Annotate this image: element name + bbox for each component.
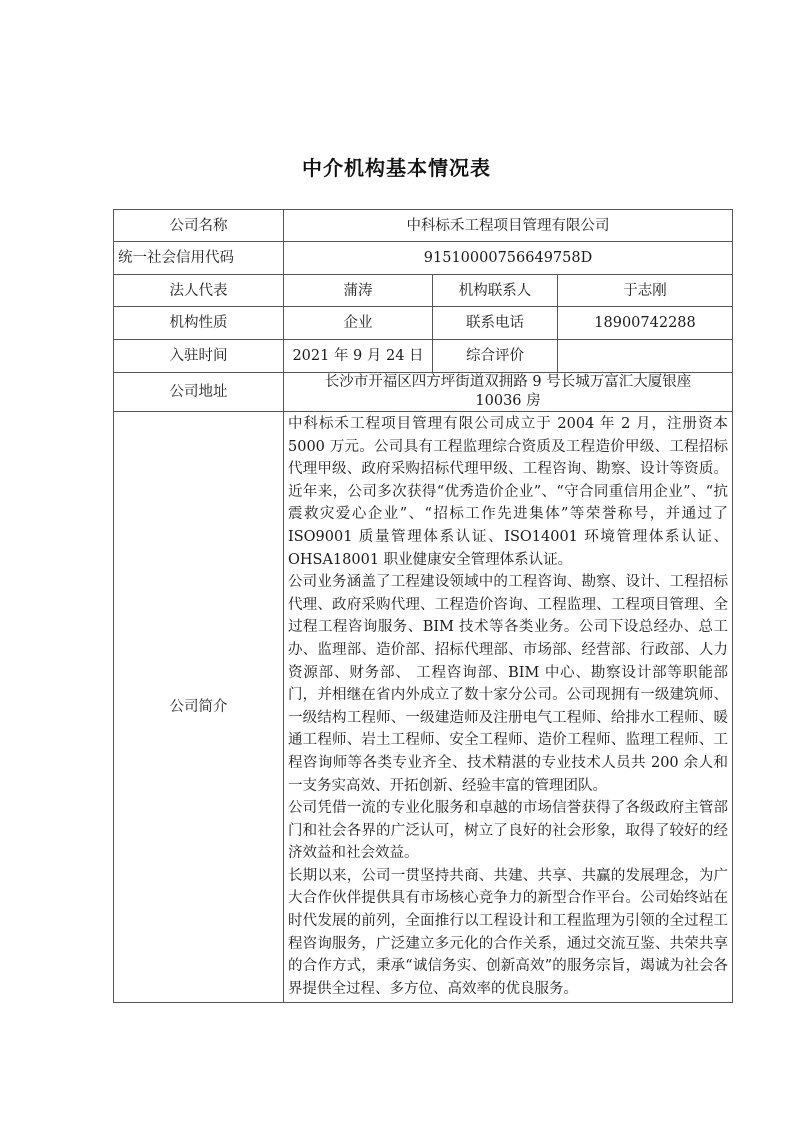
rating-label: 综合评价 <box>433 340 558 373</box>
row-intro: 公司简介 中科标禾工程项目管理有限公司成立于 2004 年 2 月，注册资本 5… <box>114 412 733 1003</box>
row-company-name: 公司名称 中科标禾工程项目管理有限公司 <box>114 210 733 242</box>
row-nature: 机构性质 企业 联系电话 18900742288 <box>114 307 733 340</box>
intro-value: 中科标禾工程项目管理有限公司成立于 2004 年 2 月，注册资本 5000 万… <box>284 412 733 1003</box>
entry-date-label: 入驻时间 <box>114 340 284 373</box>
agency-info-table: 公司名称 中科标禾工程项目管理有限公司 统一社会信用代码 91510000756… <box>113 209 733 1003</box>
address-value: 长沙市开福区四方坪街道双拥路 9 号长城万富汇大厦银座 10036 房 <box>284 373 733 412</box>
row-entry-date: 入驻时间 2021 年 9 月 24 日 综合评价 <box>114 340 733 373</box>
credit-code-value: 91510000756649758D <box>284 242 733 275</box>
intro-paragraph: 公司业务涵盖了工程建设领域中的工程咨询、勘察、设计、工程招标代理、政府采购代理、… <box>288 571 728 797</box>
nature-value: 企业 <box>284 307 433 340</box>
company-name-label: 公司名称 <box>114 210 284 242</box>
contact-person-label: 机构联系人 <box>433 275 558 307</box>
phone-label: 联系电话 <box>433 307 558 340</box>
company-name-value: 中科标禾工程项目管理有限公司 <box>284 210 733 242</box>
address-label: 公司地址 <box>114 373 284 412</box>
legal-rep-label: 法人代表 <box>114 275 284 307</box>
rating-value <box>558 340 733 373</box>
address-line-2: 10036 房 <box>288 392 728 411</box>
intro-label: 公司简介 <box>114 412 284 1003</box>
row-legal-rep: 法人代表 蒲涛 机构联系人 于志刚 <box>114 275 733 307</box>
intro-paragraph: 公司凭借一流的专业化服务和卓越的市场信誉获得了各级政府主管部门和社会各界的广泛认… <box>288 797 728 865</box>
page-title: 中介机构基本情况表 <box>0 152 793 181</box>
credit-code-label: 统一社会信用代码 <box>114 242 284 275</box>
intro-paragraph: 中科标禾工程项目管理有限公司成立于 2004 年 2 月，注册资本 5000 万… <box>288 413 728 571</box>
legal-rep-value: 蒲涛 <box>284 275 433 307</box>
address-line-1: 长沙市开福区四方坪街道双拥路 9 号长城万富汇大厦银座 <box>288 373 728 392</box>
nature-label: 机构性质 <box>114 307 284 340</box>
intro-paragraph: 长期以来，公司一贯坚持共商、共建、共享、共赢的发展理念，为广大合作伙伴提供具有市… <box>288 865 728 1001</box>
row-credit-code: 统一社会信用代码 91510000756649758D <box>114 242 733 275</box>
row-address: 公司地址 长沙市开福区四方坪街道双拥路 9 号长城万富汇大厦银座 10036 房 <box>114 373 733 412</box>
entry-date-value: 2021 年 9 月 24 日 <box>284 340 433 373</box>
contact-person-value: 于志刚 <box>558 275 733 307</box>
phone-value: 18900742288 <box>558 307 733 340</box>
